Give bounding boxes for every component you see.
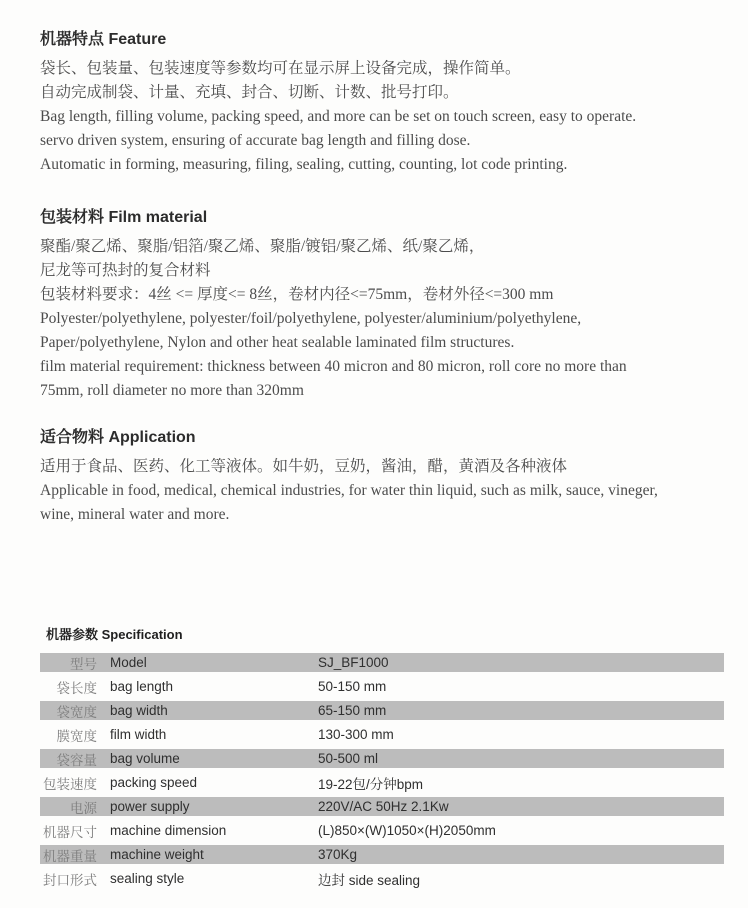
table-row: 电源 power supply 220V/AC 50Hz 2.1Kw [40, 797, 724, 816]
table-row: 包装速度 packing speed 19-22包/分钟bpm [40, 773, 724, 792]
row-label-cn: 电源 [40, 797, 97, 817]
table-row: 膜宽度 film width 130-300 mm [40, 725, 724, 744]
table-row: 袋宽度 bag width 65-150 mm [40, 701, 724, 720]
table-row: 机器重量 machine weight 370Kg [40, 845, 724, 864]
table-row: 机器尺寸 machine dimension (L)850×(W)1050×(H… [40, 821, 724, 840]
table-row: 型号 Model SJ_BF1000 [40, 653, 724, 672]
feature-line: Bag length, filling volume, packing spee… [40, 105, 730, 129]
film-line: Paper/polyethylene, Nylon and other heat… [40, 331, 730, 355]
row-label-en: power supply [110, 799, 318, 814]
row-value: 220V/AC 50Hz 2.1Kw [318, 799, 449, 814]
row-value: 130-300 mm [318, 727, 394, 742]
row-label-cn: 型号 [40, 653, 97, 673]
section-film-material: 包装材料 Film material 聚酯/聚乙烯、聚脂/铝箔/聚乙烯、聚脂/镀… [40, 208, 730, 403]
film-line: 75mm, roll diameter no more than 320mm [40, 379, 730, 403]
film-line: Polyester/polyethylene, polyester/foil/p… [40, 307, 730, 331]
table-row: 袋容量 bag volume 50-500 ml [40, 749, 724, 768]
row-value: SJ_BF1000 [318, 655, 389, 670]
table-row: 袋长度 bag length 50-150 mm [40, 677, 724, 696]
row-label-cn: 机器尺寸 [40, 821, 97, 841]
section-application: 适合物料 Application 适用于食品、医药、化工等液体。如牛奶，豆奶，酱… [40, 428, 730, 527]
feature-line: Automatic in forming, measuring, filing,… [40, 153, 730, 177]
row-label-cn: 包装速度 [40, 773, 97, 793]
row-label-cn: 封口形式 [40, 869, 97, 889]
row-label-en: machine dimension [110, 823, 318, 838]
row-label-cn: 袋宽度 [40, 701, 97, 721]
film-line: 尼龙等可热封的复合材料 [40, 259, 730, 283]
row-value: 65-150 mm [318, 703, 386, 718]
row-label-en: machine weight [110, 847, 318, 862]
row-label-cn: 袋容量 [40, 749, 97, 769]
row-label-en: film width [110, 727, 318, 742]
section-feature: 机器特点 Feature 袋长、包装量、包装速度等参数均可在显示屏上设备完成，操… [40, 30, 730, 177]
feature-line: servo driven system, ensuring of accurat… [40, 129, 730, 153]
row-label-en: sealing style [110, 871, 318, 886]
application-line: Applicable in food, medical, chemical in… [40, 479, 730, 503]
row-label-en: Model [110, 655, 318, 670]
row-value: 边封 side sealing [318, 869, 420, 889]
row-label-en: packing speed [110, 775, 318, 790]
feature-line: 自动完成制袋、计量、充填、封合、切断、计数、批号打印。 [40, 81, 730, 105]
specification-table: 型号 Model SJ_BF1000 袋长度 bag length 50-150… [40, 653, 724, 888]
row-value: 50-150 mm [318, 679, 386, 694]
row-label-cn: 膜宽度 [40, 725, 97, 745]
film-line: film material requirement: thickness bet… [40, 355, 730, 379]
feature-line: 袋长、包装量、包装速度等参数均可在显示屏上设备完成，操作简单。 [40, 57, 730, 81]
row-value: 370Kg [318, 847, 357, 862]
row-label-cn: 袋长度 [40, 677, 97, 697]
film-line: 包装材料要求：4丝 <= 厚度<= 8丝，卷材内径<=75mm，卷材外径<=30… [40, 283, 730, 307]
specification-block: 机器参数 Specification 型号 Model SJ_BF1000 袋长… [40, 627, 730, 888]
row-value: (L)850×(W)1050×(H)2050mm [318, 823, 496, 838]
section-feature-title: 机器特点 Feature [40, 30, 730, 50]
film-line: 聚酯/聚乙烯、聚脂/铝箔/聚乙烯、聚脂/镀铝/聚乙烯、纸/聚乙烯， [40, 235, 730, 259]
section-application-title: 适合物料 Application [40, 428, 730, 448]
row-value: 50-500 ml [318, 751, 378, 766]
row-label-en: bag length [110, 679, 318, 694]
row-label-en: bag width [110, 703, 318, 718]
table-row: 封口形式 sealing style 边封 side sealing [40, 869, 724, 888]
row-label-cn: 机器重量 [40, 845, 97, 865]
section-film-material-title: 包装材料 Film material [40, 208, 730, 228]
spec-sheet-page: 机器特点 Feature 袋长、包装量、包装速度等参数均可在显示屏上设备完成，操… [0, 0, 748, 908]
specification-title: 机器参数 Specification [46, 627, 730, 643]
row-value: 19-22包/分钟bpm [318, 773, 423, 793]
row-label-en: bag volume [110, 751, 318, 766]
application-line: 适用于食品、医药、化工等液体。如牛奶，豆奶，酱油，醋，黄酒及各种液体 [40, 455, 730, 479]
application-line: wine, mineral water and more. [40, 503, 730, 527]
page-content: 机器特点 Feature 袋长、包装量、包装速度等参数均可在显示屏上设备完成，操… [40, 30, 730, 893]
